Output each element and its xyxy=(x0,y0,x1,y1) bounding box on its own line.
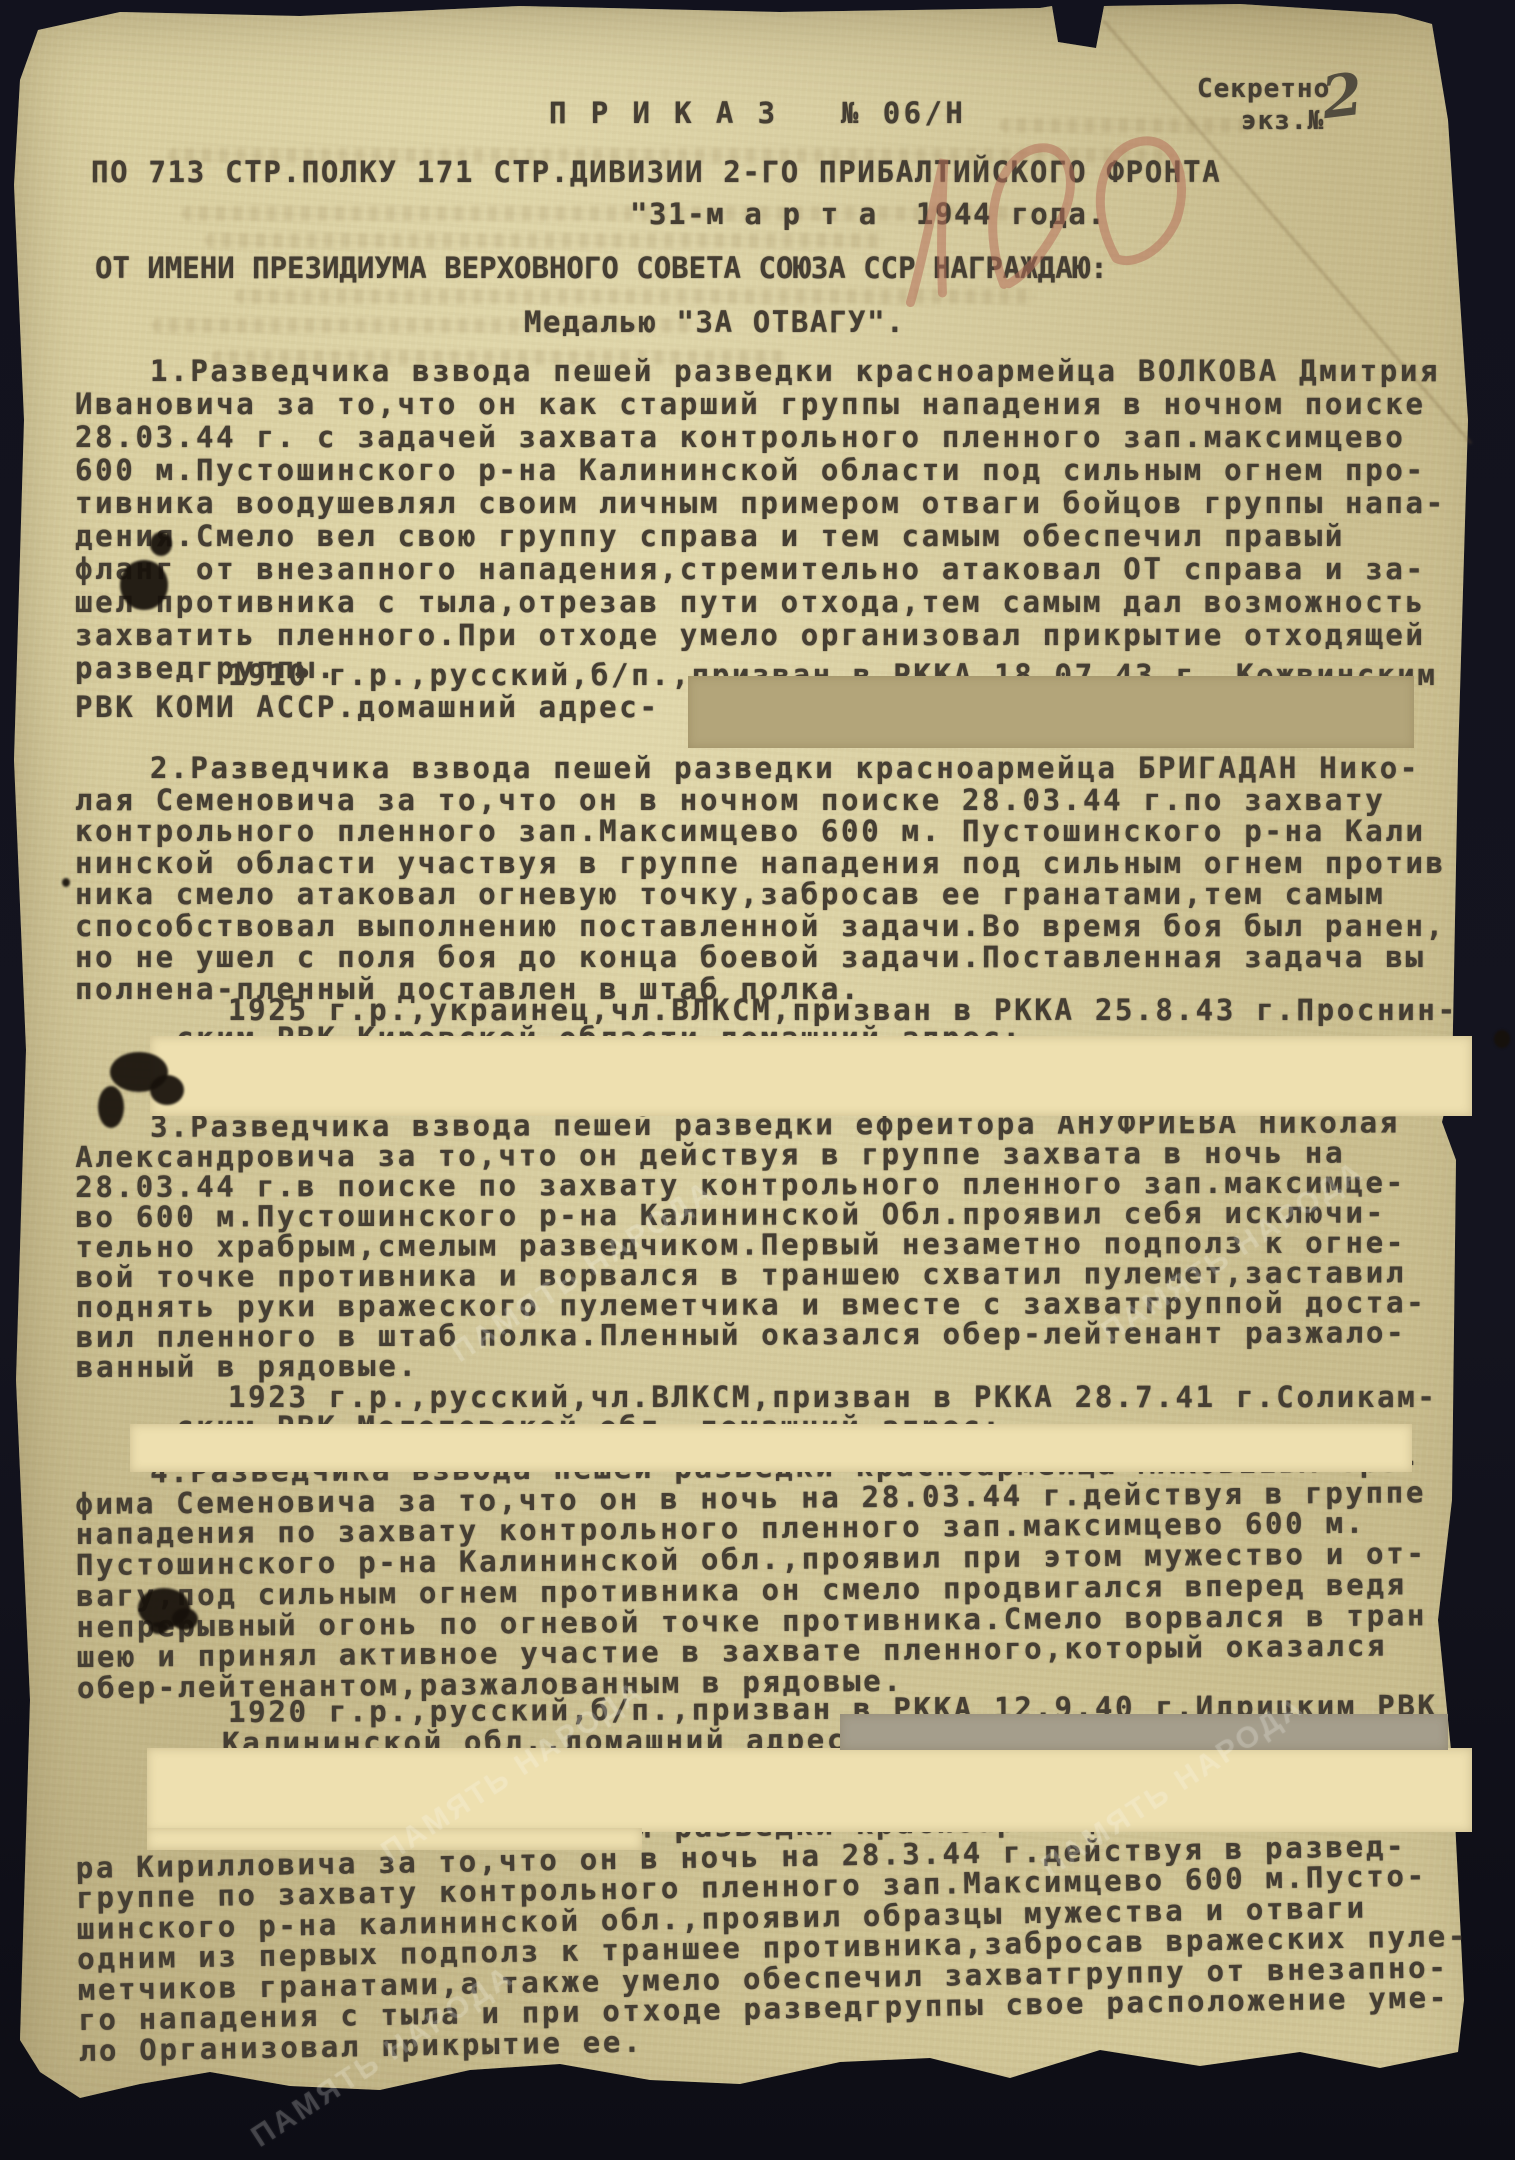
redaction-block-3 xyxy=(130,1424,1412,1472)
redaction-block-4 xyxy=(147,1748,1472,1832)
ink-blot-1 xyxy=(120,560,168,610)
ink-blot-10 xyxy=(62,878,70,887)
redaction-block-1 xyxy=(688,676,1414,748)
ink-blot-7 xyxy=(172,1608,198,1630)
ink-blot-8 xyxy=(150,1622,168,1634)
scanned-order-page: Секретно экз.№ 2 П Р И К А З № 06/Н ПО 7… xyxy=(0,0,1515,2160)
ink-blot-9 xyxy=(1494,1030,1510,1048)
redaction-block-2 xyxy=(150,1036,1472,1116)
ink-blot-2 xyxy=(150,532,172,556)
ink-blot-4 xyxy=(150,1075,184,1105)
redaction-block-6 xyxy=(840,1714,1448,1750)
ink-blot-5 xyxy=(98,1086,124,1128)
